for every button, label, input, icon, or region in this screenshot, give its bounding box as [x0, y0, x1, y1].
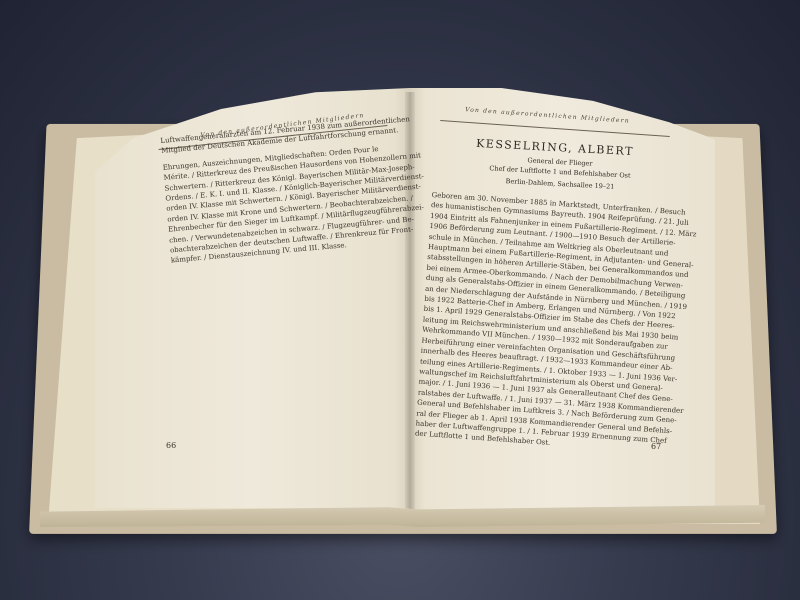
photo-scene: Von den außerordentlichen Mitgliedern Lu…: [0, 0, 800, 600]
left-page-number: 66: [166, 441, 176, 450]
right-page-number: 67: [651, 442, 661, 451]
right-page-text: Geboren am 30. November 1885 in Marktste…: [415, 190, 699, 458]
left-page-text: Luftwaffengeneralarzten am 12. Februar 1…: [160, 113, 430, 266]
